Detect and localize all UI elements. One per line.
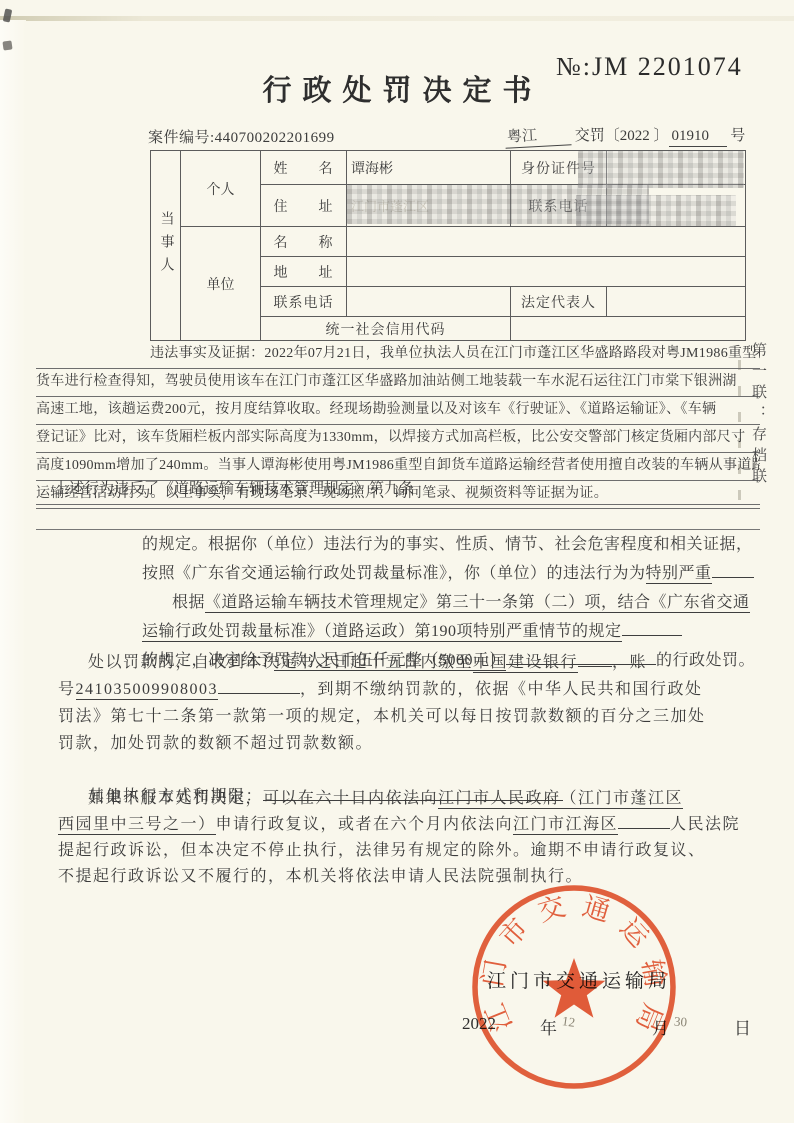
penalty-text: 按照《广东省交通运输行政处罚裁量标准》，你（单位）的违法行为为 (142, 565, 646, 582)
individual-label: 个人 (181, 151, 261, 227)
scan-artifact-mark (2, 40, 12, 50)
facts-line: 违法事实及证据：2022年07月21日，我单位执法人员在江门市蓬江区华盛路路段对… (36, 341, 760, 369)
legal-rep-label: 法定代表人 (511, 287, 607, 317)
review-authority: 江门市人民政府（江门市蓬江区 (438, 790, 683, 809)
appeal-section: 如果不服本处罚决定，可以在六十日内依法向江门市人民政府（江门市蓬江区 西园里中三… (58, 786, 774, 890)
violation-section: 上述行为违反了《道路运输车辆技术管理规定》第九条 (36, 476, 760, 530)
bank-name: 中国建设银行 (473, 654, 578, 673)
unit-name-value (347, 227, 746, 257)
appeal-line: 西园里中三号之一）申请行政复议，或者在六个月内依法向江门市江海区人民法院 (58, 812, 774, 838)
payment-text: 号 (58, 681, 76, 698)
blank-underline (578, 650, 612, 667)
penalty-line: 的规定。根据你（单位）违法行为的事实、性质、情节、社会危害程度和相关证据， (142, 531, 754, 560)
court-name: 江门市江海区 (513, 816, 618, 835)
reference-prefix: 粤江 (504, 122, 571, 148)
unit-label: 单位 (181, 227, 261, 341)
reference-number-line: 粤江 交罚〔2022 〕01910 号 (505, 124, 745, 147)
credit-code-label: 统一社会信用代码 (261, 317, 511, 341)
blank-underline (218, 677, 300, 694)
unit-name-label: 名 称 (261, 227, 347, 257)
review-authority: 西园里中三号之一） (58, 816, 216, 835)
name-value: 谭海彬 (347, 151, 511, 185)
blank-underline (622, 619, 682, 636)
appeal-text: 申请行政复议，或者在六个月内依法向 (216, 816, 514, 833)
unit-phone-value (347, 287, 511, 317)
case-number: 案件编号:440700202201699 (148, 126, 335, 147)
scan-edge-band (0, 16, 794, 21)
appeal-line: 如果不服本处罚决定，可以在六十日内依法向江门市人民政府（江门市蓬江区 (58, 786, 774, 812)
facts-text: 2022年07月21日，我单位执法人员在江门市蓬江区华盛路路段对粤JM1986重… (264, 346, 760, 361)
legal-rep-value (607, 287, 746, 317)
document-title: 行政处罚决定书 (0, 68, 794, 109)
penalty-text: 根据 (172, 594, 205, 611)
facts-line: 高速工地，该趟运费200元，按月度结算收取。经现场勘验测量以及对该车《行驶证》、… (36, 397, 760, 425)
blank-underline (712, 561, 754, 578)
seal-char: 输 (637, 957, 671, 989)
reference-num: 01910 (669, 128, 727, 147)
penalty-line: 按照《广东省交通运输行政处罚裁量标准》，你（单位）的违法行为为特别严重。 (142, 560, 754, 589)
official-seal-stamp: 江 门 市 交 通 运 输 局 (466, 879, 682, 1095)
appeal-line: 提起行政诉讼，但本决定不停止执行，法律另有规定的除外。逾期不申请行政复议、 (58, 838, 774, 864)
legal-basis: 《道路运输车辆技术管理规定》第三十一条第（二）项，结合《广东省交通 (205, 594, 750, 613)
facts-line: 货车进行检查得知，驾驶员使用该车在江门市蓬江区华盛路加油站侧工地装载一车水泥石运… (36, 369, 760, 397)
seal-star-icon (543, 958, 606, 1018)
unit-address-label: 地 址 (261, 257, 347, 287)
violation-line: 上述行为违反了《道路运输车辆技术管理规定》第九条 (36, 476, 760, 505)
payment-line: 罚款，加处罚款的数额不超过罚款数额。 (58, 731, 764, 758)
copy-designation-note: 第一联：存档联 (748, 342, 769, 489)
payment-line: 号241035009908003，到期不缴纳罚款的，依据《中华人民共和国行政处 (58, 677, 764, 704)
appeal-text: 人民法院 (670, 816, 740, 833)
redaction-id-number (578, 151, 744, 188)
penalty-line: 根据《道路运输车辆技术管理规定》第三十一条第（二）项，结合《广东省交通 (142, 589, 754, 618)
violation-regulation: 《道路运输车辆技术管理规定》第九条 (159, 481, 414, 497)
payment-text: 处以罚款的，自收到本决定书之日起十五日内缴至 (88, 654, 473, 671)
address-label: 住 址 (261, 185, 347, 227)
facts-label: 违法事实及证据： (36, 346, 264, 361)
unit-address-value (347, 257, 746, 287)
day-label: 日 (734, 1014, 751, 1039)
party-label: 当事人 (151, 151, 181, 341)
payment-text: ，账 (612, 654, 647, 671)
payment-text: ，到期不缴纳罚款的，依据《中华人民共和国行政处 (300, 681, 703, 698)
legal-basis: 运输行政处罚裁量标准》（道路运政）第190项特别严重情节的规定 (142, 623, 622, 642)
scan-edge-left (0, 20, 26, 1123)
penalty-line: 运输行政处罚裁量标准》（道路运政）第190项特别严重情节的规定 (142, 618, 754, 647)
payment-line: 处以罚款的，自收到本决定书之日起十五日内缴至中国建设银行，账 (58, 650, 764, 677)
payment-line: 罚法》第七十二条第一款第一项的规定，本机关可以每日按罚款数额的百分之三加处 (58, 704, 764, 731)
name-label: 姓 名 (261, 151, 347, 185)
seal-char: 交 (535, 891, 569, 927)
blank-underline (618, 812, 670, 829)
reference-mid: 交罚〔2022 〕 (575, 128, 669, 144)
scanned-document-page: №:JM 2201074 行政处罚决定书 案件编号:44070020220169… (0, 0, 794, 1123)
seal-char: 门 (477, 957, 511, 989)
bank-account-number: 241035009908003 (76, 681, 219, 700)
violation-pre: 上述行为违反了 (54, 481, 159, 497)
appeal-text: 如果不服本处罚决定，可以在六十日内依法向 (88, 790, 438, 807)
redaction-phone (576, 195, 736, 226)
unit-phone-label: 联系电话 (261, 287, 347, 317)
credit-code-value (511, 317, 746, 341)
seal-char: 通 (579, 891, 613, 927)
severity-value: 特别严重 (646, 565, 712, 584)
empty-rule-line (36, 505, 760, 530)
facts-line: 登记证》比对，该车货厢栏板内部实际高度为1330mm，以焊接方式加高栏板，比公安… (36, 425, 760, 453)
reference-suffix: 号 (730, 128, 745, 144)
